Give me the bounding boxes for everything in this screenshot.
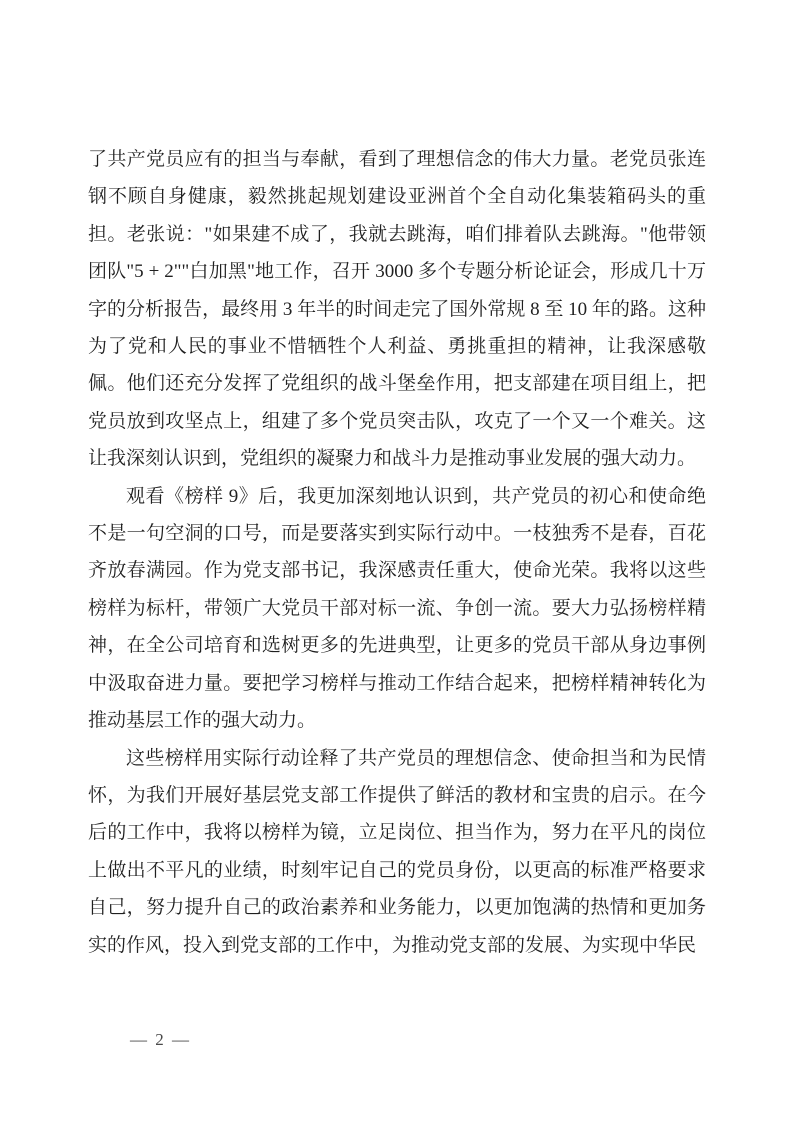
document-body-text: 了共产党员应有的担当与奉献，看到了理想信念的伟大力量。老党员张连钢不顾自身健康，…: [88, 141, 706, 964]
paragraph: 观看《榜样 9》后，我更加深刻地认识到，共产党员的初心和使命绝不是一句空洞的口号…: [88, 478, 706, 740]
page-number: — 2 —: [130, 1030, 191, 1050]
document-page: 了共产党员应有的担当与奉献，看到了理想信念的伟大力量。老党员张连钢不顾自身健康，…: [0, 0, 793, 1122]
paragraph: 了共产党员应有的担当与奉献，看到了理想信念的伟大力量。老党员张连钢不顾自身健康，…: [88, 141, 706, 478]
paragraph: 这些榜样用实际行动诠释了共产党员的理想信念、使命担当和为民情怀，为我们开展好基层…: [88, 740, 706, 964]
